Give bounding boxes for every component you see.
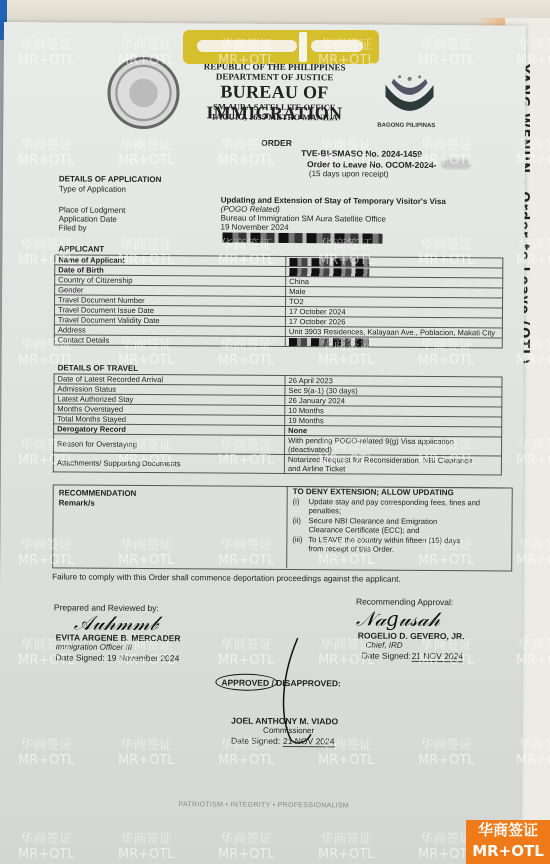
remark-text-line-2: Clearance Certificate (ECC); and xyxy=(308,525,419,535)
remark-number: (iii) xyxy=(292,535,308,553)
logo-caption: BAGONG PILIPINAS xyxy=(377,123,435,129)
row-value: Notarized Request for Reconsideration, N… xyxy=(284,454,501,475)
recommending-date-label: Date Signed: xyxy=(362,651,411,661)
recommending-date: 21 NOV 2024 xyxy=(412,651,464,662)
row-value-text: TO2 xyxy=(289,297,304,306)
details-of-travel-heading: DETAILS OF TRAVEL xyxy=(58,363,139,373)
recommending-label: Recommending Approval: xyxy=(356,596,453,607)
approver-date-label: Date Signed: xyxy=(231,736,280,746)
approver-title: Commissioner xyxy=(263,726,314,735)
row-value-text-2: and Airline Ticket xyxy=(288,464,345,473)
row-value xyxy=(285,336,502,348)
type-of-application-label: Type of Application xyxy=(59,184,126,193)
row-value-text: Unit 3903 Residences, Kalayaan Ave., Pob… xyxy=(289,327,495,337)
applicant-table: Name of ApplicantDate of BirthCountry of… xyxy=(54,254,504,348)
badge-line-1: 华商签证 xyxy=(466,820,550,841)
application-date-value: 19 November 2024 xyxy=(221,223,289,232)
otl-validity: (15 days upon receipt) xyxy=(309,169,389,179)
details-of-application-heading: DETAILS OF APPLICATION xyxy=(59,174,162,184)
prepared-signature: 𝒜𝓊𝒽𝓂𝓂𝒷 xyxy=(74,611,158,636)
row-value-text: China xyxy=(289,277,309,286)
watermark-badge: 华商签证 MR+OTL xyxy=(466,820,550,864)
redacted-filed-by xyxy=(222,233,382,244)
row-value-text: 17 October 2026 xyxy=(289,317,346,326)
recommendation-value: TO DENY EXTENSION; ALLOW UPDATING xyxy=(293,487,454,497)
row-label: Contact Details xyxy=(54,335,285,347)
warning-text: Failure to comply with this Order shall … xyxy=(52,572,401,583)
row-value-text: 10 Months xyxy=(288,406,324,415)
bagong-pilipinas-logo-icon xyxy=(381,73,437,119)
row-value-text: None xyxy=(288,426,307,435)
remarks-list: (i)Update stay and pay corresponding fee… xyxy=(292,497,508,556)
row-value-text: Sec 9(a-1) (30 days) xyxy=(288,386,357,395)
remark-text: Update stay and pay corresponding fees, … xyxy=(309,497,481,516)
remarks-label: Remark/s xyxy=(59,498,95,507)
row-value-text: 19 Months xyxy=(288,416,324,425)
badge-line-2: MR+OTL xyxy=(466,841,550,862)
approver-date: 21 NOV 2024 xyxy=(283,736,335,747)
travel-table: Date of Latest Recorded Arrival26 April … xyxy=(53,373,503,475)
remark-number: (i) xyxy=(293,497,309,515)
remark-text: To LEAVE the country within fifteen (15)… xyxy=(308,535,460,554)
order-document: BAGONG PILIPINAS REPUBLIC OF THE PHILIPP… xyxy=(0,22,526,864)
application-date-label: Application Date xyxy=(59,214,117,223)
recommending-title: Chief, IRD xyxy=(366,641,403,650)
type-of-application-note: (POGO Related) xyxy=(221,205,280,214)
recommendation-heading: RECOMMENDATION xyxy=(59,488,137,498)
paper-binder-clip-icon xyxy=(183,30,379,64)
tve-number: TVE-BI-SMASO No. 2024-1459 xyxy=(301,148,422,159)
header-address: TAGUIG, 1635 METRO MANILA xyxy=(169,111,379,122)
redacted-value xyxy=(289,268,369,277)
recommending-signature: 𝒩𝒶𝑔𝓊𝓈𝒶𝒽 xyxy=(356,606,440,631)
table-row: Attachments/ Supporting DocumentsNotariz… xyxy=(53,453,501,475)
row-label: Reason for Overstaying xyxy=(53,434,284,455)
prepared-date: Date Signed: 19 November 2024 xyxy=(56,652,180,663)
remark-item: (ii)Secure NBI Clearance and EmigrationC… xyxy=(292,516,508,536)
redacted-value xyxy=(289,258,369,267)
row-value: With pending POGO-related 9(g) Visa appl… xyxy=(284,435,501,456)
remark-text-line-2: from receipt of this Order. xyxy=(308,544,394,554)
remark-number: (ii) xyxy=(292,516,308,534)
redacted-otl-suffix xyxy=(441,159,471,169)
row-value-text: Male xyxy=(289,287,306,296)
applicant-heading: APPLICANT xyxy=(58,244,104,253)
row-value-text: 17 October 2024 xyxy=(289,307,346,316)
place-of-lodgment-label: Place of Lodgment xyxy=(59,205,126,214)
prepared-title: Immigration Officer III xyxy=(56,642,133,652)
remark-text: Secure NBI Clearance and EmigrationClear… xyxy=(308,516,437,535)
row-value-text: 26 January 2024 xyxy=(288,396,345,405)
order-title: ORDER xyxy=(261,138,292,148)
remark-item: (i)Update stay and pay corresponding fee… xyxy=(293,497,509,517)
remark-item: (iii)To LEAVE the country within fifteen… xyxy=(292,535,508,555)
redacted-value xyxy=(289,338,369,347)
remark-text-line-2: penalties; xyxy=(309,506,342,515)
approver-name: JOEL ANTHONY M. VIADO xyxy=(231,716,338,727)
row-label: Attachments/ Supporting Documents xyxy=(53,453,284,474)
row-value-text-2: (deactivated) xyxy=(288,445,332,454)
footer-motto: PATRIOTISM • INTEGRITY • PROFESSIONALISM xyxy=(179,801,350,809)
row-value-text: 26 April 2023 xyxy=(288,376,332,385)
filed-by-label: Filed by xyxy=(59,223,87,232)
